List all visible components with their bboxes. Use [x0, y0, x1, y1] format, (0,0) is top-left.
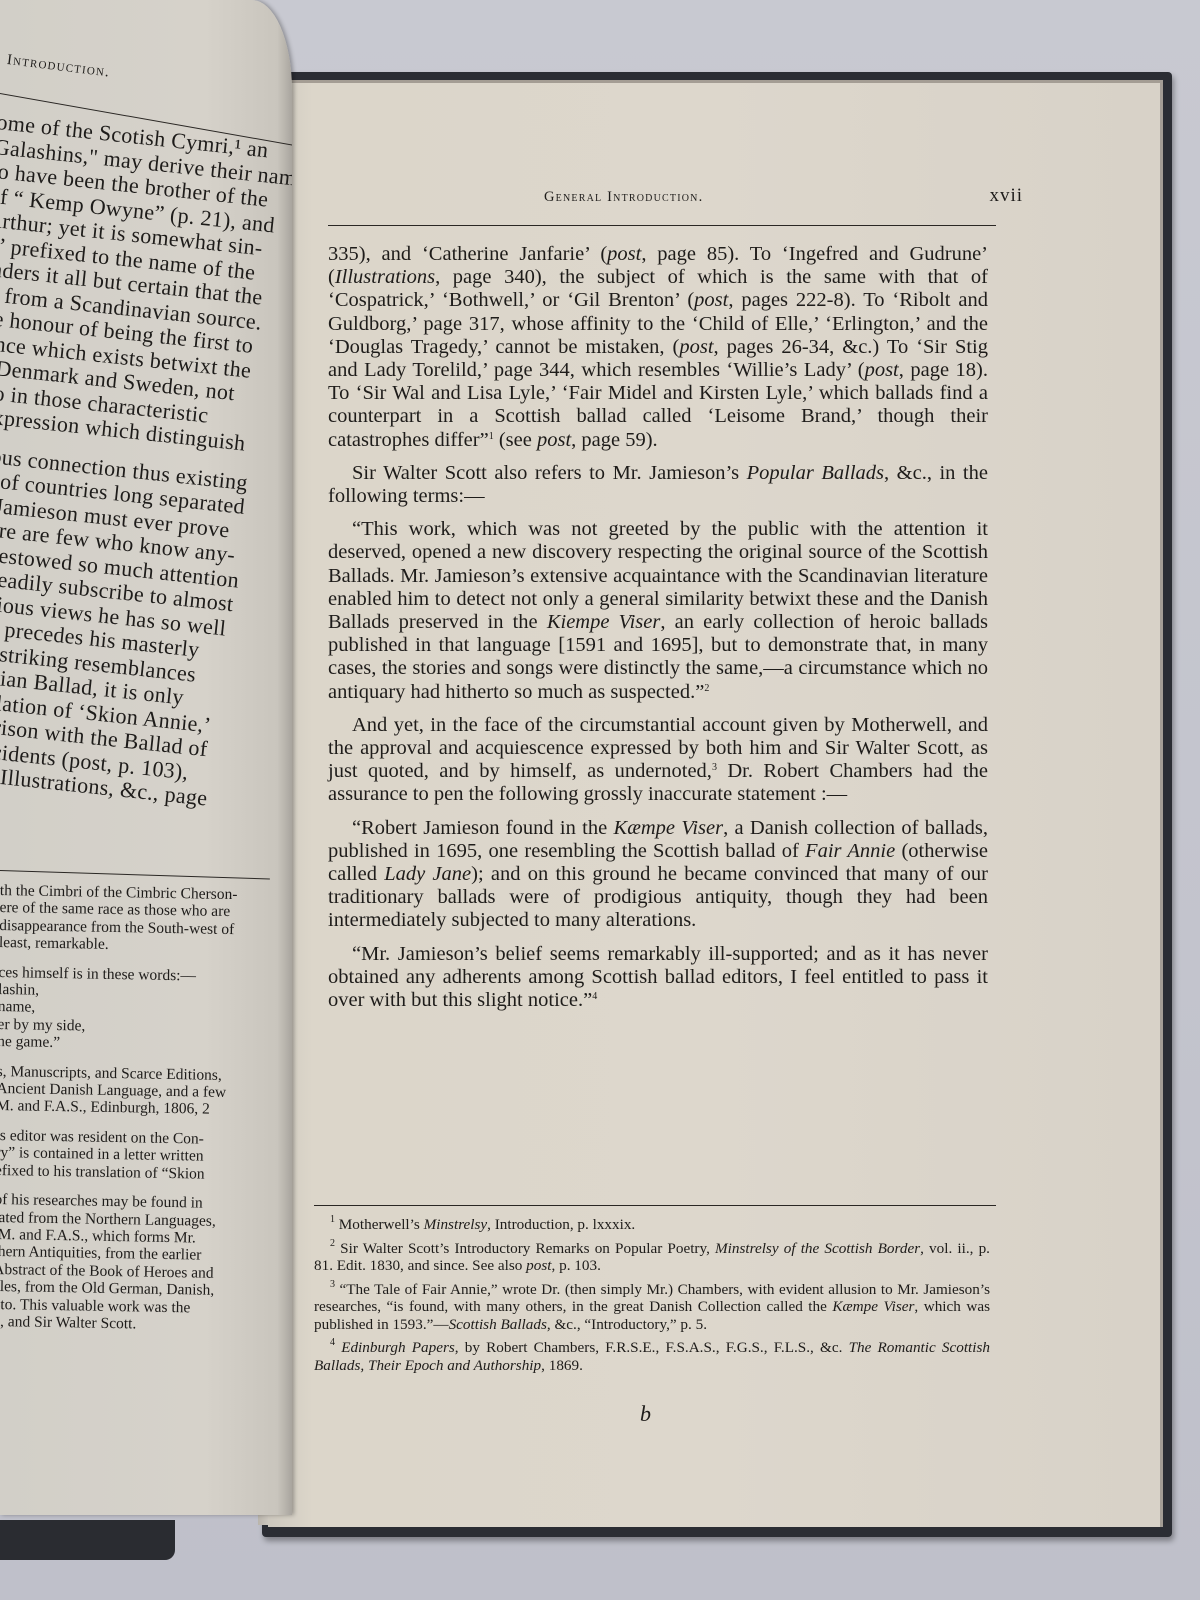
italic-run: Kiempe Viser	[547, 611, 661, 633]
text-run: “Mr. Jamieson’s belief seems remarkably …	[328, 943, 988, 1011]
footnote-1: 1 Motherwell’s Minstrelsy, Introduction,…	[314, 1216, 990, 1234]
footnote-rule	[314, 1205, 996, 1206]
left-body-text: ome of the Scotish Cymri,¹ anGalashins,"…	[0, 110, 292, 813]
block-quote: “Robert Jamieson found in the Kæmpe Vise…	[328, 817, 988, 933]
left-footnote-rule	[0, 870, 270, 879]
header-rule	[328, 225, 996, 226]
footnote-marker: 4	[592, 991, 597, 1002]
italic-run: post	[526, 1257, 551, 1274]
text-run: , by Robert Chambers, F.R.S.E., F.S.A.S.…	[455, 1339, 849, 1356]
paragraph: Sir Walter Scott also refers to Mr. Jami…	[328, 462, 988, 508]
footnotes: 1 Motherwell’s Minstrelsy, Introduction,…	[314, 1216, 990, 1380]
italic-run: Kæmpe Viser	[614, 817, 724, 839]
running-head: General Introduction.	[544, 189, 703, 206]
signature-mark: b	[640, 1401, 651, 1427]
text-run: (see	[494, 429, 537, 451]
text-run: Sir Walter Scott’s Introductory Remarks …	[335, 1240, 715, 1257]
italic-run: post	[694, 289, 728, 311]
text-run: Sir Walter Scott also refers to Mr. Jami…	[352, 462, 747, 484]
left-page: Introduction. ome of the Scotish Cymri,¹…	[0, 0, 292, 1515]
footnote-4: 4 Edinburgh Papers, by Robert Chambers, …	[314, 1339, 990, 1374]
italic-run: post	[679, 336, 713, 358]
text-run: , page 59).	[571, 429, 658, 451]
paragraph: And yet, in the face of the circumstanti…	[328, 714, 988, 807]
text-run: , 1869.	[541, 1357, 583, 1374]
italic-run: Illustrations	[335, 266, 435, 288]
right-page: General Introduction. xvii 335), and ‘Ca…	[268, 80, 1163, 1527]
italic-run: Edinburgh Papers	[341, 1339, 455, 1356]
left-cover-edge	[0, 1520, 175, 1560]
footnote-marker: 2	[704, 683, 709, 694]
italic-run: Fair Annie	[805, 840, 895, 862]
page-number: xvii	[989, 185, 1023, 207]
text-run: , &c., “Introductory,” p. 5.	[547, 1316, 707, 1333]
text-run: , Introduction, p. lxxxix.	[487, 1216, 635, 1233]
text-line: n, and Sir Walter Scott.	[0, 1313, 282, 1335]
footnote-2: 2 Sir Walter Scott’s Introductory Remark…	[314, 1240, 990, 1275]
body-text: 335), and ‘Catherine Janfarie’ (post, pa…	[328, 243, 988, 1022]
italic-run: Minstrelsy	[424, 1216, 488, 1233]
italic-run: post	[537, 429, 571, 451]
italic-run: Scottish Ballads	[449, 1316, 547, 1333]
italic-run: post	[607, 243, 641, 265]
left-footnotes: th the Cimbri of the Cimbric Cherson-ere…	[0, 882, 290, 1335]
italic-run: Kæmpe Viser	[832, 1298, 914, 1315]
italic-run: Minstrelsy of the Scottish Border	[715, 1240, 920, 1257]
text-run: Motherwell’s	[335, 1216, 424, 1233]
paragraph: 335), and ‘Catherine Janfarie’ (post, pa…	[328, 243, 988, 452]
block-quote: “This work, which was not greeted by the…	[328, 518, 988, 704]
footnote-3: 3 “The Tale of Fair Annie,” wrote Dr. (t…	[314, 1281, 990, 1334]
block-quote: “Mr. Jamieson’s belief seems remarkably …	[328, 943, 988, 1013]
text-run: , p. 103.	[552, 1257, 601, 1274]
text-run: “Robert Jamieson found in the	[352, 817, 614, 839]
italic-run: Lady Jane	[384, 863, 471, 885]
italic-run: post	[865, 359, 899, 381]
left-running-head: Introduction.	[6, 52, 111, 82]
text-run: 335), and ‘Catherine Janfarie’ (	[328, 243, 607, 265]
italic-run: Popular Ballads	[747, 462, 884, 484]
page-header: General Introduction. xvii	[328, 185, 1008, 211]
